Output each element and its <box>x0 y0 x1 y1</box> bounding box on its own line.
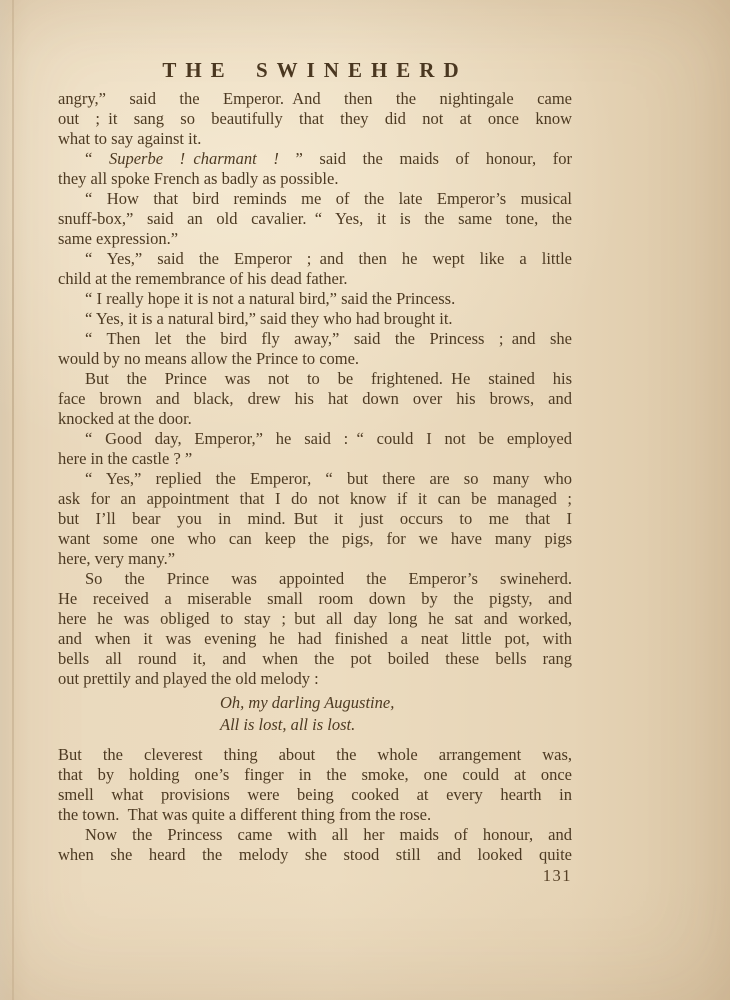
text-segment: face brown and black, drew his hat down … <box>58 389 572 408</box>
text-segment: So the Prince was appointed the Emperor’… <box>85 569 572 588</box>
text-segment: they all spoke French as badly as possib… <box>58 169 338 188</box>
text-line: “ Yes, it is a natural bird,” said they … <box>58 309 572 329</box>
text-line: here, very many.” <box>58 549 572 569</box>
text-line: child at the remembrance of his dead fat… <box>58 269 572 289</box>
text-segment: out ; it sang so beautifully that they d… <box>58 109 572 128</box>
text-segment: “ Yes,” replied the Emperor, “ but there… <box>85 469 572 488</box>
text-line: would by no means allow the Prince to co… <box>58 349 572 369</box>
text-line: “ Good day, Emperor,” he said : “ could … <box>58 429 572 449</box>
text-line: angry,” said the Emperor. And then the n… <box>58 89 572 109</box>
text-segment: But the cleverest thing about the whole … <box>58 745 572 764</box>
text-segment: when she heard the melody she stood stil… <box>58 845 572 864</box>
text-line: here he was obliged to stay ; but all da… <box>58 609 572 629</box>
text-segment: out prettily and played the old melody : <box>58 669 319 688</box>
text-line: snuff-box,” said an old cavalier. “ Yes,… <box>58 209 572 229</box>
text-line: “ Superbe ! charmant ! ” said the maids … <box>58 149 572 169</box>
italic-text-segment: Superbe ! charmant ! <box>109 149 279 168</box>
text-segment: “ Yes, it is a natural bird,” said they … <box>85 309 453 328</box>
text-segment: Oh, my darling Augustine, <box>220 693 394 712</box>
text-line: and when it was evening he had finished … <box>58 629 572 649</box>
text-line: So the Prince was appointed the Emperor’… <box>58 569 572 589</box>
text-line: smell what provisions were being cooked … <box>58 785 572 805</box>
text-segment: here, very many.” <box>58 549 175 568</box>
text-line: want some one who can keep the pigs, for… <box>58 529 572 549</box>
text-segment: But the Prince was not to be frightened.… <box>85 369 572 388</box>
text-segment: “ <box>85 149 109 168</box>
text-line: “ How that bird reminds me of the late E… <box>58 189 572 209</box>
text-line: but I’ll bear you in mind. But it just o… <box>58 509 572 529</box>
verse-line: All is lost, all is lost. <box>220 714 572 736</box>
text-segment: and when it was evening he had finished … <box>58 629 572 648</box>
text-segment: knocked at the door. <box>58 409 192 428</box>
page-left-edge-crease <box>12 0 14 1000</box>
text-line: He received a miserable small room down … <box>58 589 572 609</box>
text-block: angry,” said the Emperor. And then the n… <box>58 89 572 865</box>
text-segment: ” said the maids of honour, for <box>279 149 572 168</box>
text-segment: “ I really hope it is not a natural bird… <box>85 289 455 308</box>
text-segment: bells all round it, and when the pot boi… <box>58 649 572 668</box>
text-line: ask for an appointment that I do not kno… <box>58 489 572 509</box>
text-line: “ Yes,” replied the Emperor, “ but there… <box>58 469 572 489</box>
text-line: out ; it sang so beautifully that they d… <box>58 109 572 129</box>
text-line: “ Then let the bird fly away,” said the … <box>58 329 572 349</box>
book-page: THE SWINEHERD angry,” said the Emperor. … <box>0 0 730 1000</box>
page-left-edge-highlight <box>0 0 12 1000</box>
text-line: here in the castle ? ” <box>58 449 572 469</box>
text-segment: same expression.” <box>58 229 178 248</box>
text-segment: child at the remembrance of his dead fat… <box>58 269 348 288</box>
text-segment: want some one who can keep the pigs, for… <box>58 529 572 548</box>
text-segment: but I’ll bear you in mind. But it just o… <box>58 509 572 528</box>
text-line: that by holding one’s finger in the smok… <box>58 765 572 785</box>
text-line: they all spoke French as badly as possib… <box>58 169 572 189</box>
page-title: THE SWINEHERD <box>58 58 572 82</box>
text-segment: would by no means allow the Prince to co… <box>58 349 359 368</box>
text-segment: Now the Princess came with all her maids… <box>85 825 572 844</box>
text-line: same expression.” <box>58 229 572 249</box>
text-segment: All is lost, all is lost. <box>220 715 355 734</box>
text-segment: “ How that bird reminds me of the late E… <box>85 189 572 208</box>
text-line: “ I really hope it is not a natural bird… <box>58 289 572 309</box>
text-segment: here in the castle ? ” <box>58 449 192 468</box>
text-segment: “ Good day, Emperor,” he said : “ could … <box>85 429 572 448</box>
text-segment: He received a miserable small room down … <box>58 589 572 608</box>
text-line: “ Yes,” said the Emperor ; and then he w… <box>58 249 572 269</box>
text-line: But the cleverest thing about the whole … <box>58 745 572 765</box>
verse-line: Oh, my darling Augustine, <box>220 692 572 714</box>
text-segment: ask for an appointment that I do not kno… <box>58 489 572 508</box>
text-line: Now the Princess came with all her maids… <box>58 825 572 845</box>
text-segment: “ Then let the bird fly away,” said the … <box>85 329 572 348</box>
text-segment: angry,” said the Emperor. And then the n… <box>58 89 572 108</box>
page-number: 131 <box>58 866 572 886</box>
text-line: the town. That was quite a different thi… <box>58 805 572 825</box>
text-segment: smell what provisions were being cooked … <box>58 785 572 804</box>
text-line: face brown and black, drew his hat down … <box>58 389 572 409</box>
text-line: out prettily and played the old melody : <box>58 669 572 689</box>
text-segment: that by holding one’s finger in the smok… <box>58 765 572 784</box>
text-segment: here he was obliged to stay ; but all da… <box>58 609 572 628</box>
text-segment: what to say against it. <box>58 129 201 148</box>
text-segment: snuff-box,” said an old cavalier. “ Yes,… <box>58 209 572 228</box>
text-line: what to say against it. <box>58 129 572 149</box>
text-segment: the town. That was quite a different thi… <box>58 805 431 824</box>
text-segment: “ Yes,” said the Emperor ; and then he w… <box>85 249 572 268</box>
text-line: But the Prince was not to be frightened.… <box>58 369 572 389</box>
text-line: when she heard the melody she stood stil… <box>58 845 572 865</box>
text-line: knocked at the door. <box>58 409 572 429</box>
text-line: bells all round it, and when the pot boi… <box>58 649 572 669</box>
